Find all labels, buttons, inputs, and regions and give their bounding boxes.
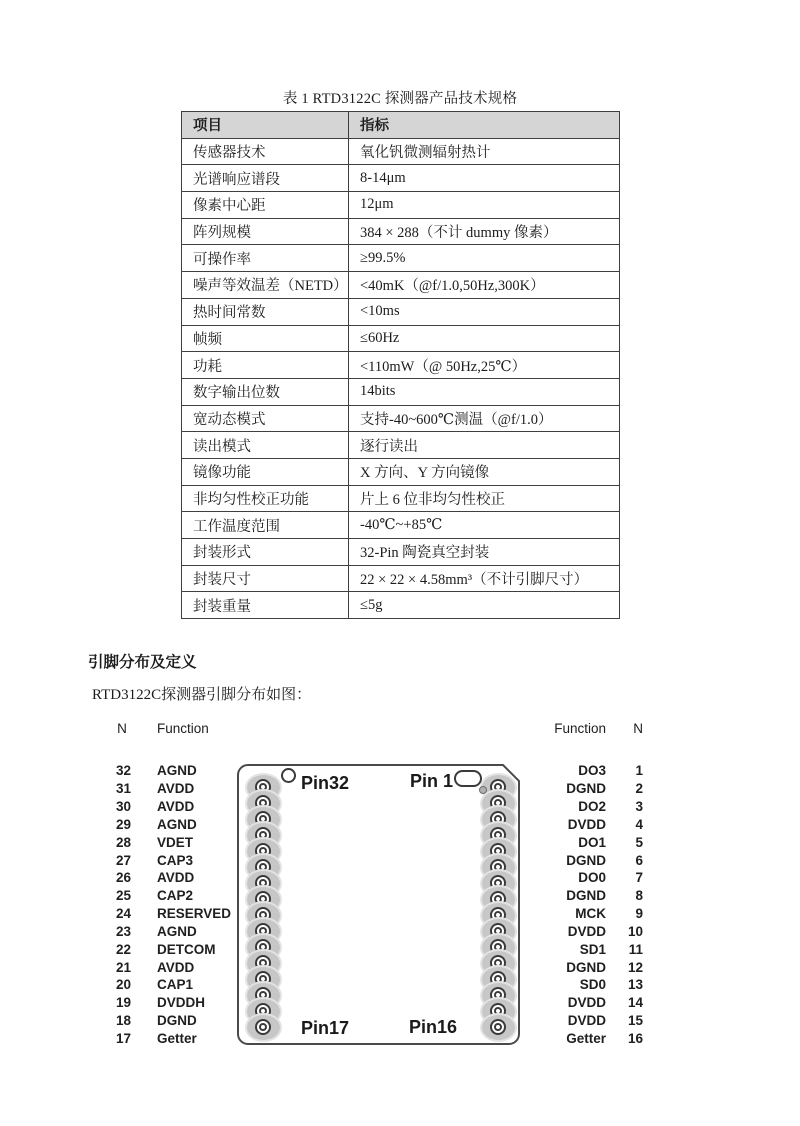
pin-pad-center [259, 943, 267, 951]
spec-row: 工作温度范围-40℃~+85℃ [182, 512, 620, 539]
pin-function: RESERVED [157, 906, 231, 921]
pin-row-left: 32AGND [101, 762, 245, 780]
spec-value-cell: 14bits [349, 378, 620, 405]
pin-pad-center [259, 831, 267, 839]
pin-row-left: 17Getter [101, 1029, 245, 1047]
spec-value-cell: <10ms [349, 298, 620, 325]
spec-row: 光谱响应谱段8-14μm [182, 165, 620, 192]
pin-pad-icon [482, 887, 515, 912]
pin-function: CAP1 [157, 977, 193, 992]
pin-pad-ring [255, 955, 271, 971]
pin-function: AGND [157, 817, 197, 832]
pin-pad-ring [490, 907, 506, 923]
pin-pad-ring [255, 939, 271, 955]
pin-number: 16 [606, 1031, 643, 1046]
pin-number: 8 [606, 888, 643, 903]
pin-function: Getter [157, 1031, 197, 1046]
pin-row-right: DVDD15 [540, 1012, 643, 1030]
pin-pad-ring [255, 891, 271, 907]
spec-row: 宽动态模式支持-40~600℃测温（@f/1.0） [182, 405, 620, 432]
pin-pad-center [494, 1007, 502, 1015]
pin-pad-center [259, 911, 267, 919]
spec-item-cell: 镜像功能 [182, 458, 349, 485]
pin-function: AGND [157, 763, 197, 778]
pin-pad-icon [482, 775, 515, 800]
spec-row: 镜像功能X 方向、Y 方向镜像 [182, 458, 620, 485]
pin-pad-ring [490, 923, 506, 939]
spec-item-cell: 封装尺寸 [182, 565, 349, 592]
pin-function: Getter [540, 1031, 606, 1046]
pin-function: DVDD [540, 995, 606, 1010]
pin-pad-center [494, 783, 502, 791]
spec-item-cell: 传感器技术 [182, 138, 349, 165]
pin-pad-center [259, 815, 267, 823]
pin-pad-icon [247, 951, 280, 976]
pin-function: DGND [540, 888, 606, 903]
pin-function: DGND [540, 853, 606, 868]
pin-pad-center [259, 959, 267, 967]
pin-function: DO1 [540, 835, 606, 850]
pin-function: DGND [157, 1013, 197, 1028]
pin-function: DVDD [540, 924, 606, 939]
spec-value-cell: 12μm [349, 192, 620, 219]
pin-pad-center [259, 863, 267, 871]
pin-pad-center [494, 1023, 502, 1031]
pin-function: SD1 [540, 942, 606, 957]
spec-row: 非均匀性校正功能片上 6 位非均匀性校正 [182, 485, 620, 512]
pin-function: AVDD [157, 960, 194, 975]
pin-pad-ring [490, 811, 506, 827]
pin-number: 21 [101, 960, 131, 975]
pin-pad-center [494, 959, 502, 967]
pin-pad-ring [255, 875, 271, 891]
pin-pad-center [259, 799, 267, 807]
pin-row-left: 25CAP2 [101, 887, 245, 905]
spec-value-cell: 22 × 22 × 4.58mm³（不计引脚尺寸） [349, 565, 620, 592]
pin-pad-center [494, 943, 502, 951]
pin-pad-icon [247, 775, 280, 800]
spec-value-cell: ≤5g [349, 592, 620, 619]
pin-number: 17 [101, 1031, 131, 1046]
pin-row-left: 23AGND [101, 922, 245, 940]
spec-header-value: 指标 [349, 112, 620, 139]
pin1-marker-dot-icon [479, 786, 487, 794]
pin-function: CAP2 [157, 888, 193, 903]
pin-function: DGND [540, 960, 606, 975]
spec-value-cell: 32-Pin 陶瓷真空封装 [349, 539, 620, 566]
package-label-pin32: Pin32 [301, 773, 349, 794]
pin-row-left: 21AVDD [101, 958, 245, 976]
pin-pad-center [494, 847, 502, 855]
pin-function: DGND [540, 781, 606, 796]
pin-pad-icon [482, 967, 515, 992]
pin-number: 6 [606, 853, 643, 868]
section-intro: RTD3122C探测器引脚分布如图： [92, 683, 311, 704]
pin-pad-ring [255, 971, 271, 987]
pin-function: DO2 [540, 799, 606, 814]
pin-list-right: DO31DGND2DO23DVDD4DO15DGND6DO07DGND8MCK9… [540, 762, 643, 1047]
pin-pad-icon [247, 791, 280, 816]
spec-value-cell: X 方向、Y 方向镜像 [349, 458, 620, 485]
pin-pad-center [494, 879, 502, 887]
pin-pad-ring [255, 923, 271, 939]
pin-row-left: 30AVDD [101, 798, 245, 816]
pin-number: 3 [606, 799, 643, 814]
spec-value-cell: <110mW（@ 50Hz,25℃） [349, 352, 620, 379]
pin-function: VDET [157, 835, 193, 850]
pin-pad-center [259, 879, 267, 887]
pin-pad-icon [247, 903, 280, 928]
pin-pad-ring [255, 1003, 271, 1019]
spec-item-cell: 功耗 [182, 352, 349, 379]
pin-pad-ring [490, 891, 506, 907]
spec-row: 封装重量≤5g [182, 592, 620, 619]
right-pin-function-header: Function [540, 721, 606, 736]
spec-item-cell: 读出模式 [182, 432, 349, 459]
pin-number: 5 [606, 835, 643, 850]
pin-function: DVDD [540, 1013, 606, 1028]
spec-row: 功耗<110mW（@ 50Hz,25℃） [182, 352, 620, 379]
pin-number: 4 [606, 817, 643, 832]
spec-value-cell: 384 × 288（不计 dummy 像素） [349, 218, 620, 245]
pin-pad-ring [490, 875, 506, 891]
pin-number: 11 [606, 942, 643, 957]
pin-pad-ring [255, 1019, 271, 1035]
left-pin-function-header: Function [157, 721, 209, 736]
pin-row-left: 29AGND [101, 815, 245, 833]
pin-pad-ring [490, 779, 506, 795]
pin-number: 20 [101, 977, 131, 992]
spec-item-cell: 封装重量 [182, 592, 349, 619]
pin-function: MCK [540, 906, 606, 921]
pin32-index-hole-icon [281, 768, 296, 783]
pin-row-right: DO31 [540, 762, 643, 780]
pin-pad-center [494, 831, 502, 839]
pin-function: CAP3 [157, 853, 193, 868]
pin-number: 2 [606, 781, 643, 796]
pin-pad-ring [490, 971, 506, 987]
spec-item-cell: 工作温度范围 [182, 512, 349, 539]
pin-pad-icon [247, 807, 280, 832]
pin-row-left: 26AVDD [101, 869, 245, 887]
spec-item-cell: 非均匀性校正功能 [182, 485, 349, 512]
spec-table-body: 传感器技术氧化钒微测辐射热计光谱响应谱段8-14μm像素中心距12μm阵列规模3… [182, 138, 620, 618]
pin-pad-icon [247, 935, 280, 960]
pin-function: AGND [157, 924, 197, 939]
spec-value-cell: <40mK（@f/1.0,50Hz,300K） [349, 272, 620, 299]
pin-row-right: DO23 [540, 798, 643, 816]
pin-pad-ring [255, 795, 271, 811]
spec-header-item: 项目 [182, 112, 349, 139]
pin-function: AVDD [157, 870, 194, 885]
pin-pad-ring [490, 955, 506, 971]
pin-row-left: 20CAP1 [101, 976, 245, 994]
pin-row-right: MCK9 [540, 905, 643, 923]
pin-row-left: 19DVDDH [101, 994, 245, 1012]
pin-row-right: DVDD4 [540, 815, 643, 833]
spec-row: 阵列规模384 × 288（不计 dummy 像素） [182, 218, 620, 245]
section-heading: 引脚分布及定义 [88, 650, 197, 672]
package-outline [237, 764, 520, 1045]
spec-value-cell: 支持-40~600℃测温（@f/1.0） [349, 405, 620, 432]
pin-pad-icon [247, 983, 280, 1008]
pin-pad-center [494, 863, 502, 871]
left-pin-number-header: N [112, 721, 132, 736]
document-page: 表 1 RTD3122C 探测器产品技术规格 项目 指标 传感器技术氧化钒微测辐… [0, 0, 800, 1126]
pin-number: 25 [101, 888, 131, 903]
pin-number: 1 [606, 763, 643, 778]
pin-pad-icon [482, 871, 515, 896]
pin-pad-ring [255, 827, 271, 843]
pin-pad-ring [490, 795, 506, 811]
spec-item-cell: 帧频 [182, 325, 349, 352]
pin-row-right: DVDD14 [540, 994, 643, 1012]
pin-pad-center [259, 927, 267, 935]
pin-function: DO3 [540, 763, 606, 778]
pin-number: 13 [606, 977, 643, 992]
pin-pad-center [259, 975, 267, 983]
spec-row: 传感器技术氧化钒微测辐射热计 [182, 138, 620, 165]
pin-pad-icon [482, 839, 515, 864]
pin-pad-center [494, 799, 502, 807]
spec-value-cell: ≤60Hz [349, 325, 620, 352]
pin-row-left: 24RESERVED [101, 905, 245, 923]
pin-number: 30 [101, 799, 131, 814]
pin-pad-ring [255, 779, 271, 795]
pin-pad-ring [490, 843, 506, 859]
spec-item-cell: 像素中心距 [182, 192, 349, 219]
pin-pad-icon [247, 871, 280, 896]
spec-header-row: 项目 指标 [182, 112, 620, 139]
pin-pad-ring [490, 987, 506, 1003]
spec-row: 封装形式32-Pin 陶瓷真空封装 [182, 539, 620, 566]
pin-number: 26 [101, 870, 131, 885]
pin-pad-center [259, 1023, 267, 1031]
pin-pad-ring [255, 987, 271, 1003]
pin-pad-icon [247, 999, 280, 1024]
spec-item-cell: 阵列规模 [182, 218, 349, 245]
pin-row-right: Getter16 [540, 1029, 643, 1047]
pin-pad-ring [490, 939, 506, 955]
pin-row-left: 28VDET [101, 833, 245, 851]
right-pin-number-header: N [613, 721, 643, 736]
pin-number: 32 [101, 763, 131, 778]
pin-function: DO0 [540, 870, 606, 885]
spec-value-cell: 逐行读出 [349, 432, 620, 459]
spec-value-cell: 氧化钒微测辐射热计 [349, 138, 620, 165]
spec-item-cell: 光谱响应谱段 [182, 165, 349, 192]
spec-item-cell: 噪声等效温差（NETD） [182, 272, 349, 299]
pin-pad-icon [247, 823, 280, 848]
pin-pad-center [259, 847, 267, 855]
pin-number: 31 [101, 781, 131, 796]
pin-row-right: DGND8 [540, 887, 643, 905]
pin-number: 22 [101, 942, 131, 957]
pin-number: 24 [101, 906, 131, 921]
spec-item-cell: 数字输出位数 [182, 378, 349, 405]
pin-number: 19 [101, 995, 131, 1010]
pin-pad-icon [482, 823, 515, 848]
pin-pad-ring [490, 827, 506, 843]
pin-pad-center [259, 991, 267, 999]
pin-function: AVDD [157, 799, 194, 814]
spec-item-cell: 热时间常数 [182, 298, 349, 325]
pin-pad-ring [255, 811, 271, 827]
pin-number: 28 [101, 835, 131, 850]
pin-pad-center [494, 815, 502, 823]
spec-value-cell: -40℃~+85℃ [349, 512, 620, 539]
pin-pad-ring [490, 1003, 506, 1019]
pin-number: 23 [101, 924, 131, 939]
spec-value-cell: 8-14μm [349, 165, 620, 192]
pin-pad-ring [255, 907, 271, 923]
pin-row-right: DGND6 [540, 851, 643, 869]
spec-item-cell: 宽动态模式 [182, 405, 349, 432]
package-label-pin1: Pin 1 [408, 771, 453, 792]
spec-table: 项目 指标 传感器技术氧化钒微测辐射热计光谱响应谱段8-14μm像素中心距12μ… [181, 111, 620, 619]
pin-number: 10 [606, 924, 643, 939]
pin-pad-icon [482, 903, 515, 928]
spec-row: 数字输出位数14bits [182, 378, 620, 405]
pin-pad-center [494, 975, 502, 983]
pin-row-left: 27CAP3 [101, 851, 245, 869]
pin-number: 9 [606, 906, 643, 921]
pin-pad-center [259, 783, 267, 791]
pin-list-left: 32AGND31AVDD30AVDD29AGND28VDET27CAP326AV… [101, 762, 245, 1047]
pin-function: DVDDH [157, 995, 205, 1010]
pin-row-left: 22DETCOM [101, 940, 245, 958]
spec-item-cell: 可操作率 [182, 245, 349, 272]
pin-pad-center [494, 991, 502, 999]
pin-row-right: DGND12 [540, 958, 643, 976]
table-title: 表 1 RTD3122C 探测器产品技术规格 [181, 87, 619, 108]
spec-row: 帧频≤60Hz [182, 325, 620, 352]
pin-row-right: DGND2 [540, 780, 643, 798]
pin-number: 12 [606, 960, 643, 975]
pin-pad-icon [482, 951, 515, 976]
pin-pad-icon [482, 807, 515, 832]
spec-row: 可操作率≥99.5% [182, 245, 620, 272]
pin-pad-ring [490, 859, 506, 875]
spec-item-cell: 封装形式 [182, 539, 349, 566]
pin-pad-icon [247, 839, 280, 864]
pin-function: SD0 [540, 977, 606, 992]
pin-number: 15 [606, 1013, 643, 1028]
pin-row-right: SD013 [540, 976, 643, 994]
spec-value-cell: ≥99.5% [349, 245, 620, 272]
pin-pad-icon [247, 967, 280, 992]
pin-row-right: DO15 [540, 833, 643, 851]
spec-row: 封装尺寸22 × 22 × 4.58mm³（不计引脚尺寸） [182, 565, 620, 592]
pin-pad-center [494, 911, 502, 919]
pin-pad-icon [482, 1015, 515, 1040]
package-label-pin17: Pin17 [301, 1018, 349, 1039]
pin-pad-icon [247, 919, 280, 944]
spec-row: 读出模式逐行读出 [182, 432, 620, 459]
pin-pad-ring [255, 859, 271, 875]
pin-row-right: DVDD10 [540, 922, 643, 940]
pin-pad-center [259, 1007, 267, 1015]
pin-pad-center [494, 927, 502, 935]
pin-number: 7 [606, 870, 643, 885]
spec-row: 热时间常数<10ms [182, 298, 620, 325]
pin-pad-icon [482, 983, 515, 1008]
pin-pad-icon [247, 1015, 280, 1040]
pin-row-left: 31AVDD [101, 780, 245, 798]
pin-function: DETCOM [157, 942, 216, 957]
spec-row: 噪声等效温差（NETD）<40mK（@f/1.0,50Hz,300K） [182, 272, 620, 299]
pin-pad-ring [490, 1019, 506, 1035]
pin-pad-icon [482, 791, 515, 816]
pin-pad-icon [482, 999, 515, 1024]
package-label-pin16: Pin16 [409, 1017, 457, 1038]
pin-pad-icon [247, 887, 280, 912]
pin-pad-icon [247, 855, 280, 880]
pin-pad-ring [255, 843, 271, 859]
pin-function: DVDD [540, 817, 606, 832]
pin-pad-center [494, 895, 502, 903]
pin-pad-icon [482, 935, 515, 960]
pin-row-right: DO07 [540, 869, 643, 887]
pin1-marker-oval-icon [454, 770, 482, 787]
pin-row-right: SD111 [540, 940, 643, 958]
pin-number: 14 [606, 995, 643, 1010]
pin-pad-icon [482, 919, 515, 944]
pin-number: 27 [101, 853, 131, 868]
spec-row: 像素中心距12μm [182, 192, 620, 219]
pin-number: 29 [101, 817, 131, 832]
pin-function: AVDD [157, 781, 194, 796]
pin-pad-icon [482, 855, 515, 880]
pin-number: 18 [101, 1013, 131, 1028]
pin-row-left: 18DGND [101, 1012, 245, 1030]
spec-value-cell: 片上 6 位非均匀性校正 [349, 485, 620, 512]
pin-pad-center [259, 895, 267, 903]
